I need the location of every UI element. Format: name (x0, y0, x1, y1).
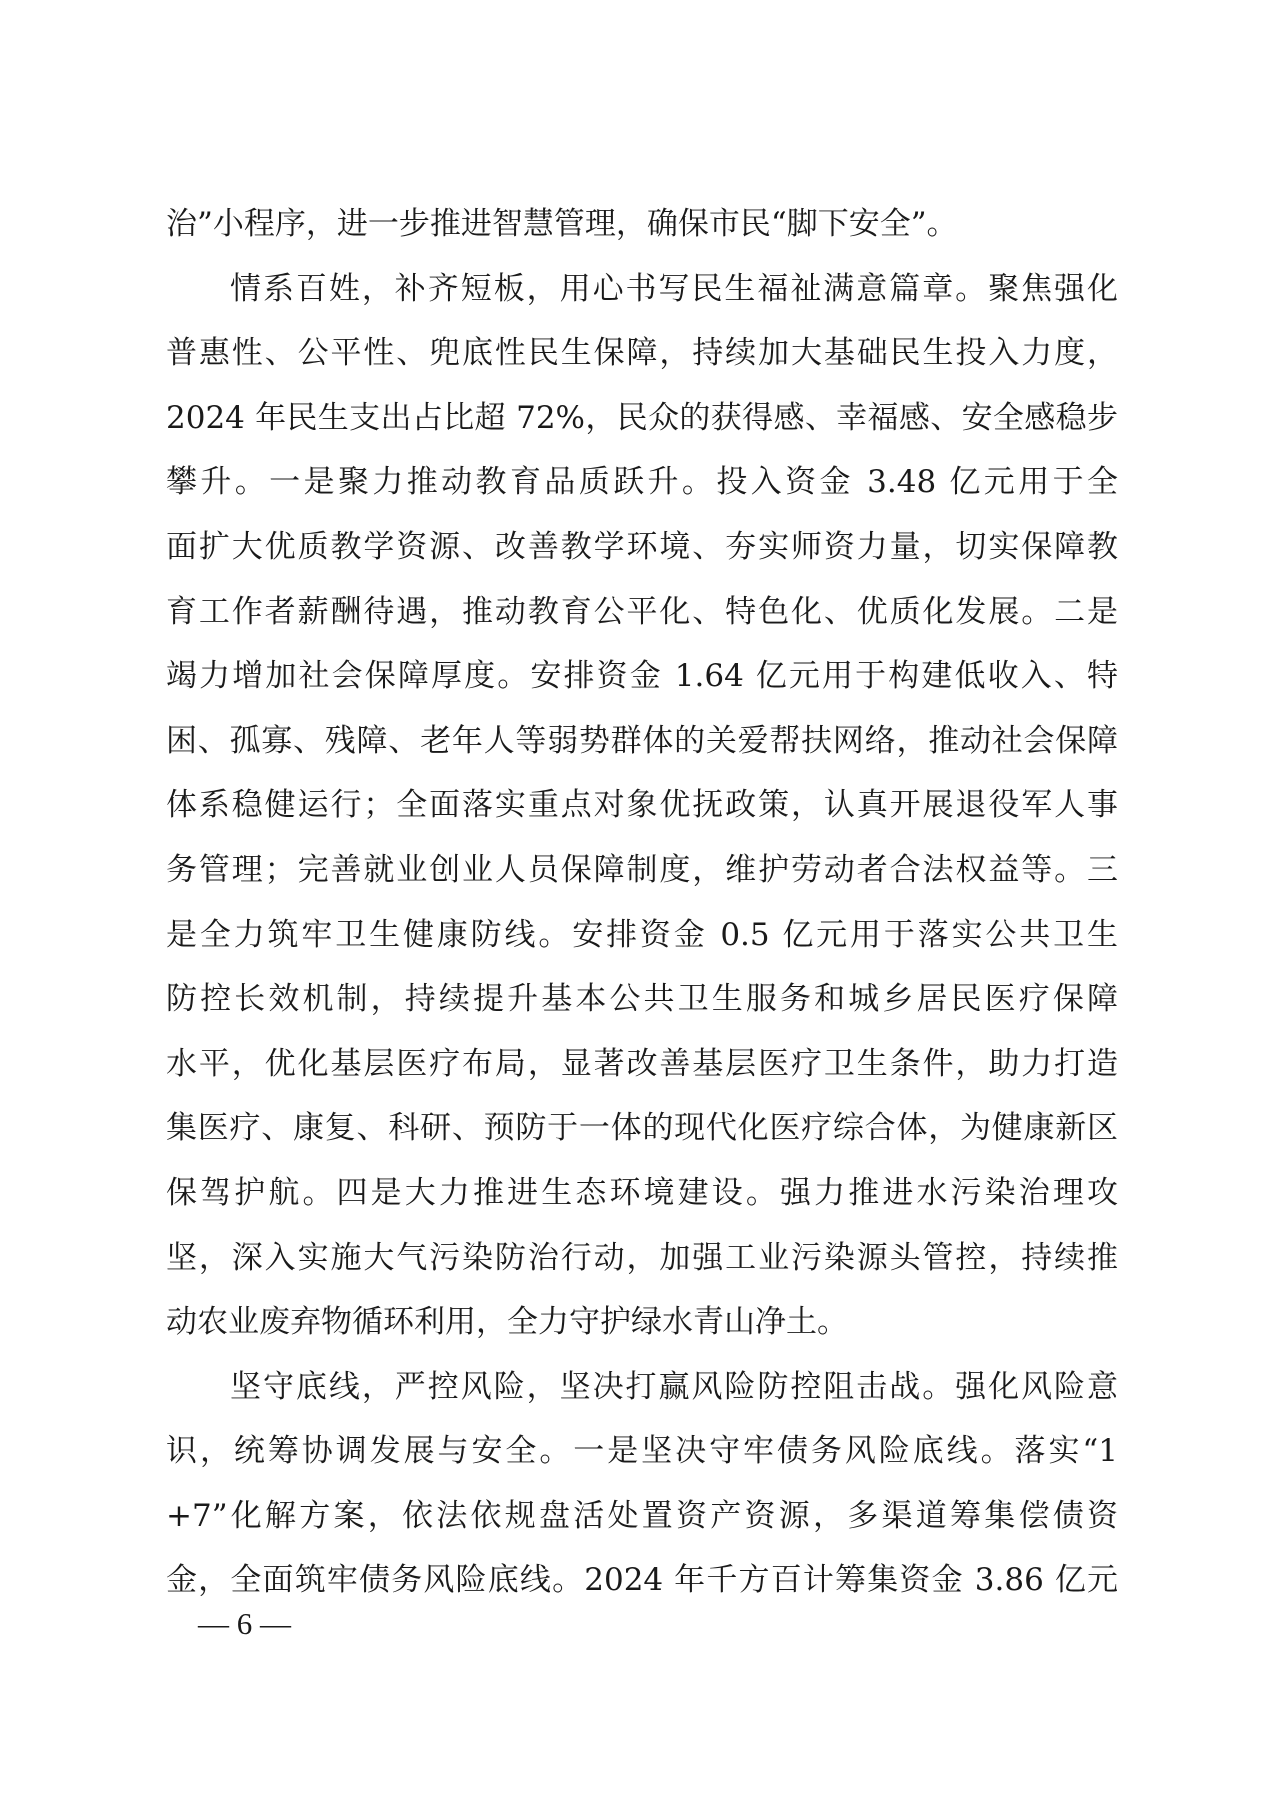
text-line: 攀升。一是聚力推动教育品质跃升。投入资金 3.48 亿元用于全 (166, 450, 1118, 515)
text-line: 普惠性、公平性、兜底性民生保障，持续加大基础民生投入力度， (166, 321, 1118, 386)
text-line: 金，全面筑牢债务风险底线。2024 年千方百计筹集资金 3.86 亿元 (166, 1548, 1118, 1613)
text-line: 育工作者薪酬待遇，推动教育公平化、特色化、优质化发展。二是 (166, 580, 1118, 645)
body-text: 治”小程序，进一步推进智慧管理，确保市民“脚下安全”。 情系百姓，补齐短板，用心… (166, 192, 1118, 1613)
text-line: 2024 年民生支出占比超 72%，民众的获得感、幸福感、安全感稳步 (166, 386, 1118, 451)
text-line: 保驾护航。四是大力推进生态环境建设。强力推进水污染治理攻 (166, 1161, 1118, 1226)
text-line: 动农业废弃物循环利用，全力守护绿水青山净土。 (166, 1290, 1118, 1355)
text-line: 竭力增加社会保障厚度。安排资金 1.64 亿元用于构建低收入、特 (166, 644, 1118, 709)
text-line: 面扩大优质教学资源、改善教学环境、夯实师资力量，切实保障教 (166, 515, 1118, 580)
paragraph-first-line: 情系百姓，补齐短板，用心书写民生福祉满意篇章。聚焦强化 (166, 257, 1118, 322)
page-number: — 6 — (198, 1604, 291, 1644)
text-line: +7”化解方案，依法依规盘活处置资产资源，多渠道筹集偿债资 (166, 1484, 1118, 1549)
text-line: 识，统筹协调发展与安全。一是坚决守牢债务风险底线。落实“1 (166, 1419, 1118, 1484)
text-line: 集医疗、康复、科研、预防于一体的现代化医疗综合体，为健康新区 (166, 1096, 1118, 1161)
text-line: 治”小程序，进一步推进智慧管理，确保市民“脚下安全”。 (166, 192, 1118, 257)
text-line: 困、孤寡、残障、老年人等弱势群体的关爱帮扶网络，推动社会保障 (166, 709, 1118, 774)
text-line: 坚，深入实施大气污染防治行动，加强工业污染源头管控，持续推 (166, 1226, 1118, 1291)
document-page: 治”小程序，进一步推进智慧管理，确保市民“脚下安全”。 情系百姓，补齐短板，用心… (0, 0, 1280, 1804)
text-line: 体系稳健运行；全面落实重点对象优抚政策，认真开展退役军人事 (166, 773, 1118, 838)
paragraph-first-line: 坚守底线，严控风险，坚决打赢风险防控阻击战。强化风险意 (166, 1355, 1118, 1420)
text-line: 防控长效机制，持续提升基本公共卫生服务和城乡居民医疗保障 (166, 967, 1118, 1032)
text-line: 水平，优化基层医疗布局，显著改善基层医疗卫生条件，助力打造 (166, 1032, 1118, 1097)
text-line: 是全力筑牢卫生健康防线。安排资金 0.5 亿元用于落实公共卫生 (166, 903, 1118, 968)
text-line: 务管理；完善就业创业人员保障制度，维护劳动者合法权益等。三 (166, 838, 1118, 903)
